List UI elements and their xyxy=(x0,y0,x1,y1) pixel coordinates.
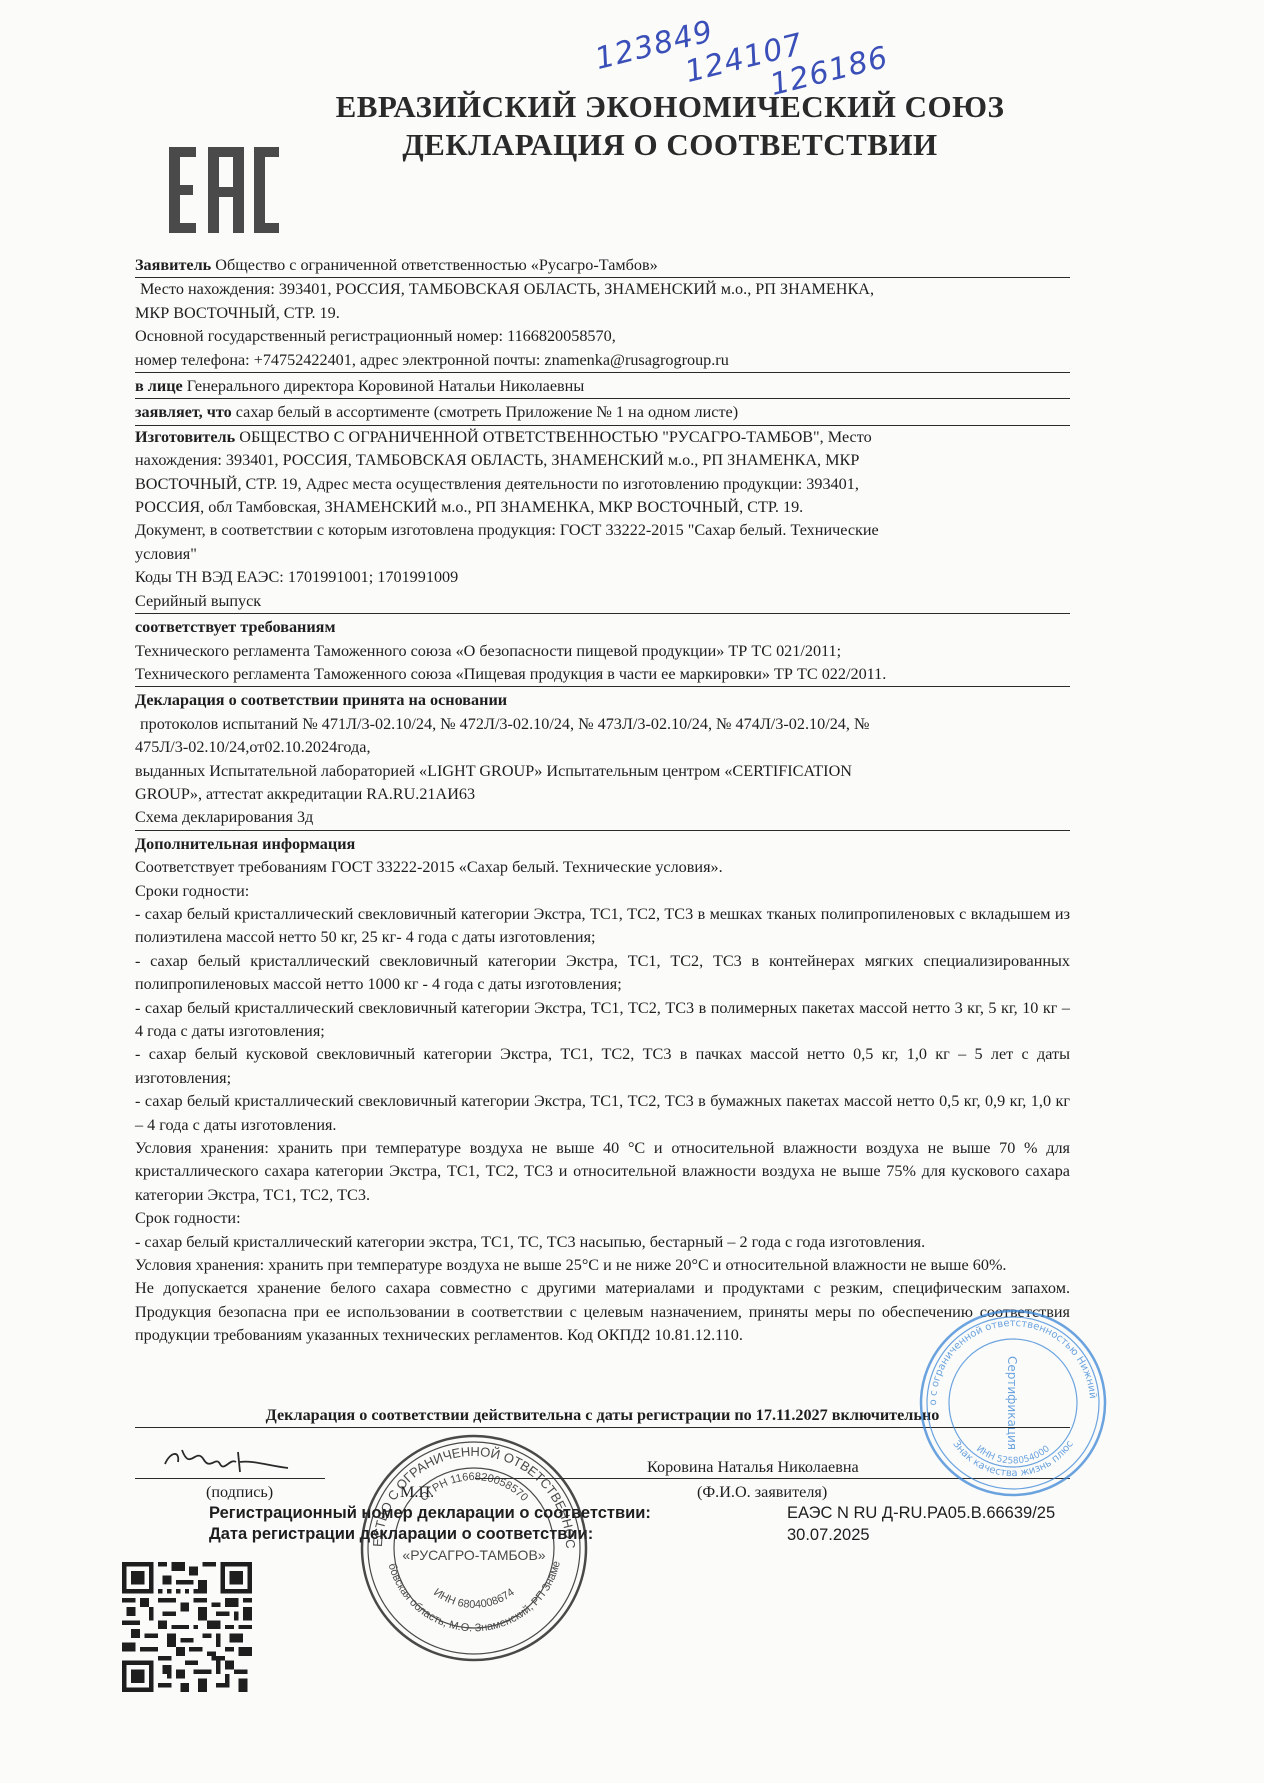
requirements-label: соответствует требованиям xyxy=(135,616,1070,639)
represented-by-label: в лице xyxy=(135,377,183,395)
handwritten-signature-icon xyxy=(160,1442,290,1482)
union-title: ЕВРАЗИЙСКИЙ ЭКОНОМИЧЕСКИЙ СОЮЗ xyxy=(290,89,1050,125)
svg-text:ОБЩЕСТВО С ОГРАНИЧЕННОЙ ОТВЕТС: ОБЩЕСТВО С ОГРАНИЧЕННОЙ ОТВЕТСТВЕННОСТЬЮ xyxy=(358,1432,578,1548)
stamp-inn: ИНН 6804008674 xyxy=(431,1586,516,1611)
qr-code-icon[interactable] xyxy=(122,1562,252,1692)
manufacturer-line-1: Изготовитель ОБЩЕСТВО С ОГРАНИЧЕННОЙ ОТВ… xyxy=(135,426,1070,449)
shelf-life-item: - сахар белый кусковой свекловичный кате… xyxy=(135,1043,1070,1090)
applicant-row: Заявитель Общество с ограниченной ответс… xyxy=(135,254,1070,278)
storage-conditions-1: Условия хранения: хранить при температур… xyxy=(135,1137,1070,1207)
stamp-center: «РУСАГРО-ТАМБОВ» xyxy=(402,1547,545,1563)
declaration-body: Заявитель Общество с ограниченной ответс… xyxy=(135,254,1070,1348)
basis-line-3: выданных Испытательной лабораторией «LIG… xyxy=(135,760,1070,783)
signature-caption: (подпись) xyxy=(206,1483,273,1502)
registration-date-value: 30.07.2025 xyxy=(787,1526,870,1545)
manufacturer-document-1: Документ, в соответствии с которым изгот… xyxy=(135,519,1070,542)
declares-row: заявляет, что сахар белый в ассортименте… xyxy=(135,401,1070,425)
declares-value: сахар белый в ассортименте (смотреть При… xyxy=(232,403,738,421)
manufacturer-line-3: ВОСТОЧНЫЙ, СТР. 19, Адрес места осуществ… xyxy=(135,473,1070,496)
svg-text:ОГРН 1166820058570: ОГРН 1166820058570 xyxy=(418,1471,530,1504)
applicant-seal-stamp-icon: ОБЩЕСТВО С ОГРАНИЧЕННОЙ ОТВЕТСТВЕННОСТЬЮ… xyxy=(358,1432,590,1664)
applicant-contacts: номер телефона: +74752422401, адрес элек… xyxy=(135,349,1070,373)
registration-number-value: ЕАЭС N RU Д-RU.PA05.B.66639/25 xyxy=(787,1504,1055,1523)
basis-line-2: 475Л/3-02.10/24,от02.10.2024года, xyxy=(135,736,1070,759)
manufacturer-label: Изготовитель xyxy=(135,428,235,446)
manufacturer-line-2: нахождения: 393401, РОССИЯ, ТАМБОВСКАЯ О… xyxy=(135,449,1070,472)
tn-ved-codes: Коды ТН ВЭД ЕАЭС: 1701991001; 1701991009 xyxy=(135,566,1070,589)
additional-info-label: Дополнительная информация xyxy=(135,833,1070,856)
declaration-page: 123849 124107 126186 ЕВРАЗИЙСКИЙ ЭКОНОМИ… xyxy=(0,0,1264,1783)
shelf-life-item: - сахар белый кристаллический свекловичн… xyxy=(135,903,1070,950)
basis-line-1: протоколов испытаний № 471Л/3-02.10/24, … xyxy=(135,713,1070,736)
applicant-address-1: Место нахождения: 393401, РОССИЯ, ТАМБОВ… xyxy=(135,278,1070,301)
gost-compliance: Соответствует требованиям ГОСТ 33222-201… xyxy=(135,856,1070,879)
stamp-outer-text: ОБЩЕСТВО С ОГРАНИЧЕННОЙ ОТВЕТСТВЕННОСТЬЮ xyxy=(358,1432,578,1548)
eac-logo-icon xyxy=(169,147,279,233)
fio-caption: (Ф.И.О. заявителя) xyxy=(697,1483,827,1502)
stamp-ogrn: ОГРН 1166820058570 xyxy=(418,1471,530,1504)
shelf-life-2-item: - сахар белый кристаллический категории … xyxy=(135,1231,1070,1254)
represented-by-row: в лице Генерального директора Коровиной … xyxy=(135,375,1070,399)
document-title: ДЕКЛАРАЦИЯ О СООТВЕТСТВИИ xyxy=(290,127,1050,163)
signature-line xyxy=(135,1478,325,1479)
requirement-item: Технического регламента Таможенного союз… xyxy=(135,663,1070,687)
storage-conditions-2: Условия хранения: хранить при температур… xyxy=(135,1254,1070,1277)
shelf-life-item: - сахар белый кристаллический свекловичн… xyxy=(135,997,1070,1044)
blue-stamp-center: Сертификация xyxy=(1005,1356,1019,1450)
manufacturer-line-4: РОССИЯ, обл Тамбовская, ЗНАМЕНСКИЙ м.о.,… xyxy=(135,496,1070,519)
shelf-life-item: - сахар белый кристаллический свекловичн… xyxy=(135,1090,1070,1137)
applicant-address-2: МКР ВОСТОЧНЫЙ, СТР. 19. xyxy=(135,302,1070,325)
represented-by-value: Генерального директора Коровиной Натальи… xyxy=(183,377,585,395)
requirement-item: Технического регламента Таможенного союз… xyxy=(135,640,1070,663)
declaration-scheme: Схема декларирования 3д xyxy=(135,806,1070,830)
shelf-life-item: - сахар белый кристаллический свекловичн… xyxy=(135,950,1070,997)
declares-label: заявляет, что xyxy=(135,403,232,421)
shelf-life-2-label: Срок годности: xyxy=(135,1207,1070,1230)
applicant-ogrn: Основной государственный регистрационный… xyxy=(135,325,1070,348)
applicant-name: Общество с ограниченной ответственностью… xyxy=(211,256,658,274)
certification-body-stamp-icon: Общество с ограниченной ответственностью… xyxy=(918,1308,1108,1498)
release-type: Серийный выпуск xyxy=(135,590,1070,614)
manufacturer-document-2: условия" xyxy=(135,543,1070,566)
svg-text:ИНН 6804008674: ИНН 6804008674 xyxy=(431,1586,516,1611)
applicant-full-name: Коровина Наталья Николаевна xyxy=(647,1458,859,1477)
basis-label: Декларация о соответствии принята на осн… xyxy=(135,689,1070,712)
shelf-life-label: Сроки годности: xyxy=(135,880,1070,903)
manufacturer-name: ОБЩЕСТВО С ОГРАНИЧЕННОЙ ОТВЕТСТВЕННОСТЬЮ… xyxy=(235,428,871,446)
applicant-label: Заявитель xyxy=(135,256,211,274)
basis-line-4: GROUP», аттестат аккредитации RA.RU.21АИ… xyxy=(135,783,1070,806)
